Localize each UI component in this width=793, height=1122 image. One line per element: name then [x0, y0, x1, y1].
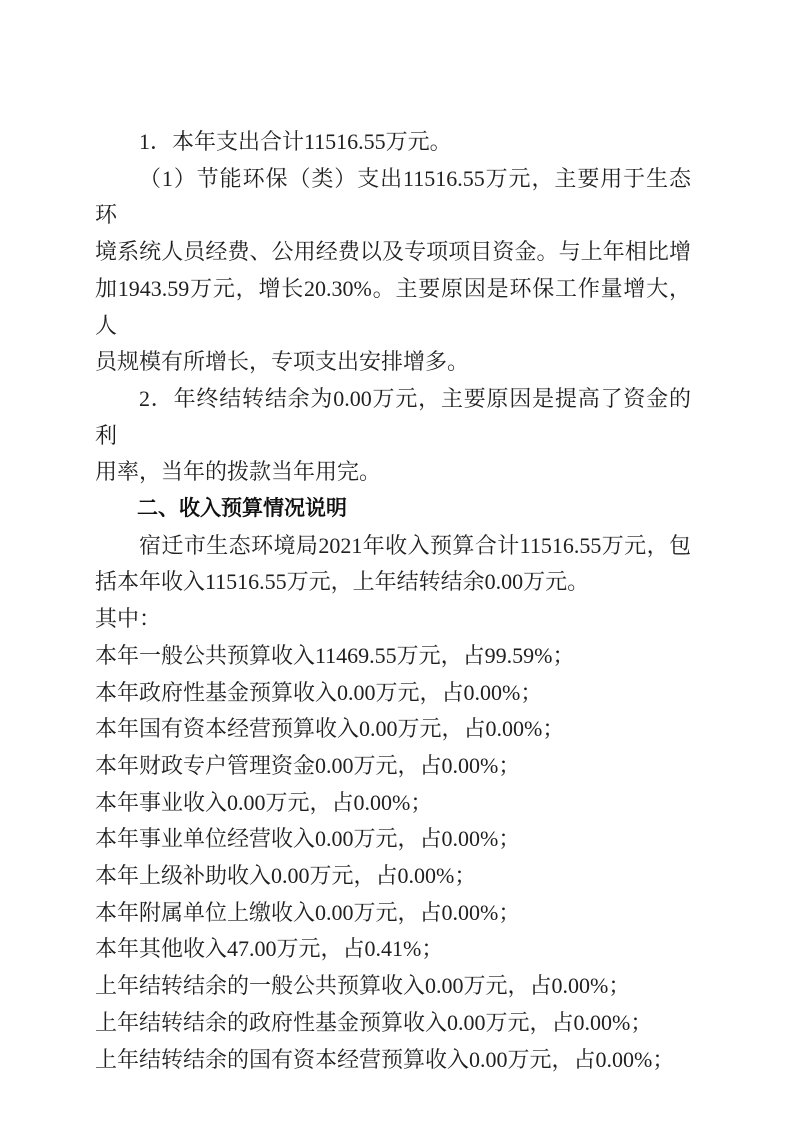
paragraph-line: 境系统人员经费、公用经费以及专项项目资金。与上年相比增	[95, 234, 691, 271]
document-content: 1．本年支出合计11516.55万元。 （1）节能环保（类）支出11516.55…	[95, 124, 691, 1078]
paragraph-line: 加1943.59万元，增长20.30%。主要原因是环保工作量增大，人	[95, 271, 691, 344]
income-item-line: 本年财政专户管理资金0.00万元，占0.00%；	[95, 748, 691, 785]
income-item-line: 本年国有资本经营预算收入0.00万元，占0.00%；	[95, 711, 691, 748]
income-item-line: 本年事业收入0.00万元，占0.00%；	[95, 785, 691, 822]
paragraph-line: 员规模有所增长，专项支出安排增多。	[95, 344, 691, 381]
paragraph-line: 括本年收入11516.55万元，上年结转结余0.00万元。	[95, 564, 691, 601]
numbered-point-line: 1．本年支出合计11516.55万元。	[95, 124, 691, 161]
income-item-line: 本年附属单位上缴收入0.00万元，占0.00%；	[95, 895, 691, 932]
income-item-line: 本年一般公共预算收入11469.55万元，占99.59%；	[95, 638, 691, 675]
income-item-line: 本年其他收入47.00万元，占0.41%；	[95, 931, 691, 968]
label-line: 其中：	[95, 601, 691, 638]
income-item-line: 上年结转结余的政府性基金预算收入0.00万元，占0.00%；	[95, 1005, 691, 1042]
income-item-line: 上年结转结余的国有资本经营预算收入0.00万元，占0.00%；	[95, 1042, 691, 1079]
numbered-point-line: 2．年终结转结余为0.00万元，主要原因是提高了资金的利	[95, 381, 691, 454]
income-item-line: 本年上级补助收入0.00万元，占0.00%；	[95, 858, 691, 895]
document-page: 1．本年支出合计11516.55万元。 （1）节能环保（类）支出11516.55…	[0, 0, 793, 1122]
income-item-line: 本年事业单位经营收入0.00万元，占0.00%；	[95, 821, 691, 858]
income-item-line: 本年政府性基金预算收入0.00万元，占0.00%；	[95, 675, 691, 712]
paragraph-line: （1）节能环保（类）支出11516.55万元，主要用于生态环	[95, 161, 691, 234]
section-heading: 二、收入预算情况说明	[95, 491, 691, 528]
paragraph-line: 用率，当年的拨款当年用完。	[95, 454, 691, 491]
paragraph-line: 宿迁市生态环境局2021年收入预算合计11516.55万元，包	[95, 528, 691, 565]
income-item-line: 上年结转结余的一般公共预算收入0.00万元，占0.00%；	[95, 968, 691, 1005]
